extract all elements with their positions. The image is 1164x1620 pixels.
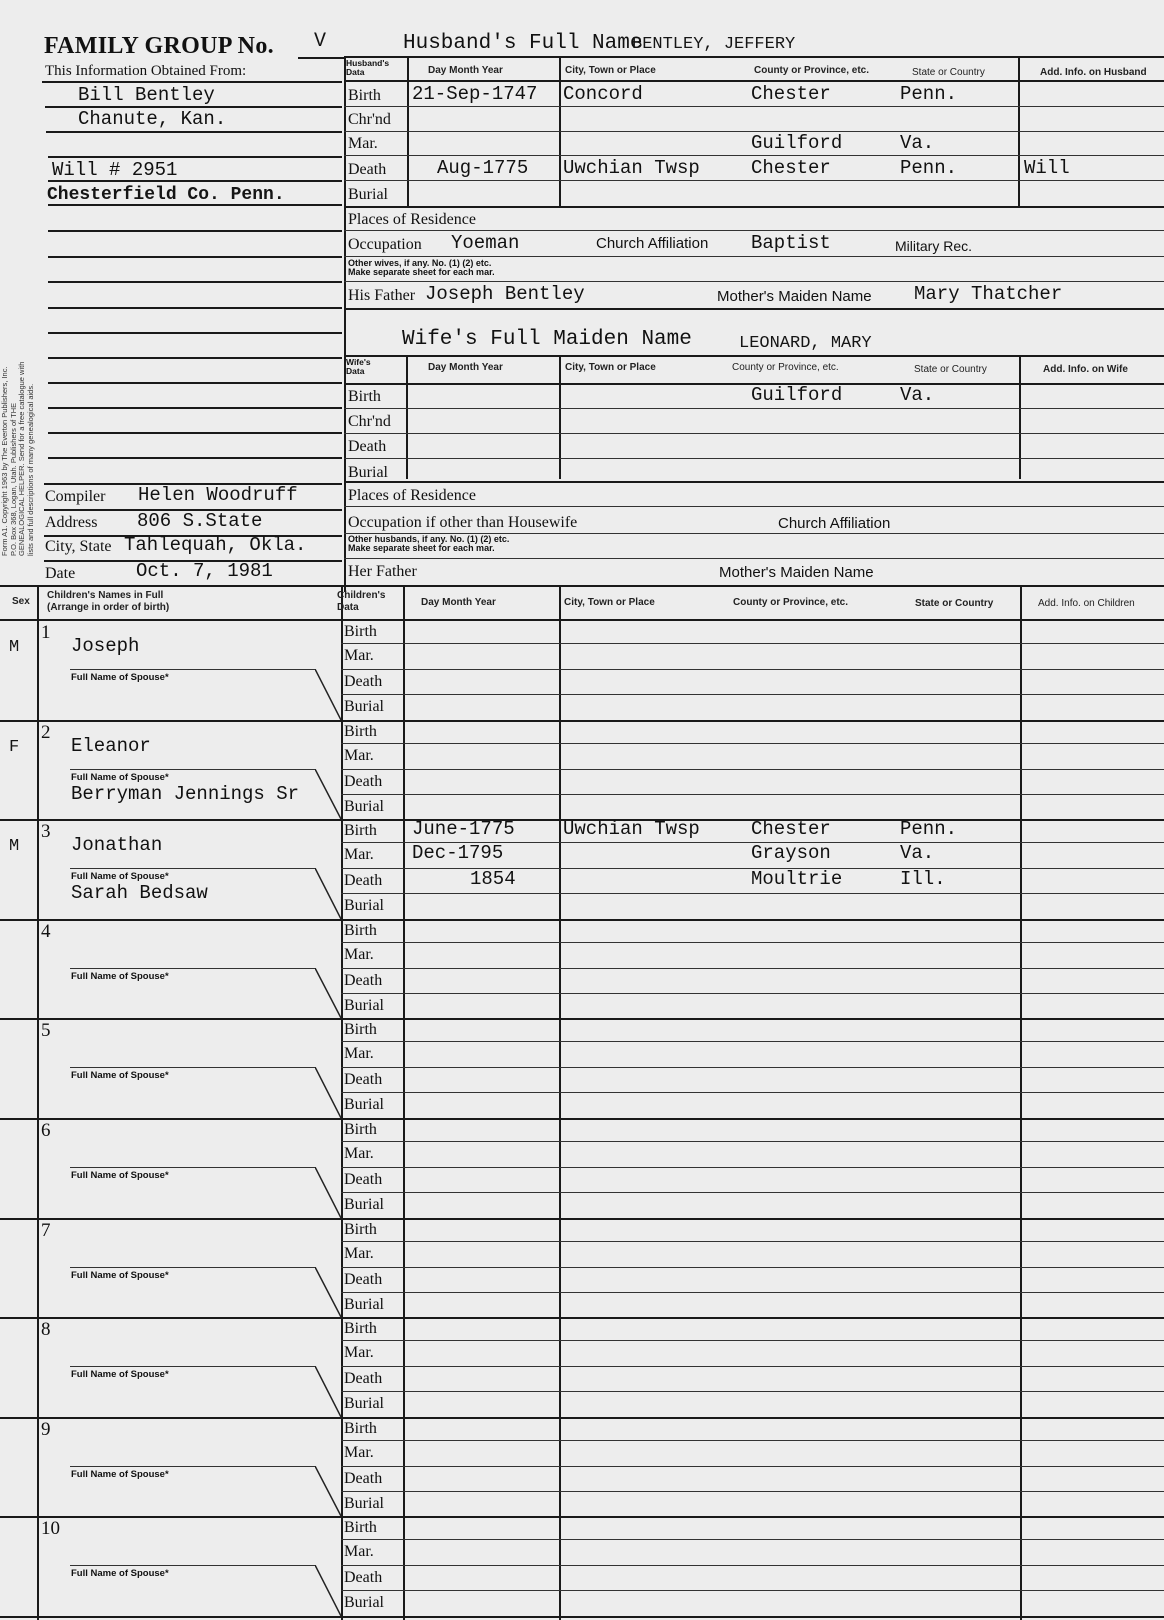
family-group-number: V — [314, 30, 326, 53]
compiler-label: Compiler — [45, 488, 105, 506]
child-name: Joseph — [71, 635, 139, 657]
spouse-name: Sarah Bedsaw — [71, 882, 208, 904]
husband-marriage-label: Mar. — [348, 135, 378, 153]
husband-burial-label: Burial — [348, 186, 388, 204]
spouse-diagonal — [315, 868, 341, 919]
husband-occupation-label: Occupation — [348, 236, 422, 254]
spouse-line — [70, 1466, 315, 1467]
spouse-line — [70, 868, 315, 869]
child-event-label: Mar. — [344, 647, 374, 665]
spouse-diagonal — [315, 1167, 341, 1218]
child-event-label: Mar. — [344, 846, 374, 864]
husband-father: Joseph Bentley — [425, 283, 585, 305]
child-event-label: Burial — [344, 1495, 384, 1513]
child-number: 1 — [41, 622, 51, 644]
child-event-state: Penn. — [900, 818, 957, 840]
child-event-label: Death — [344, 1271, 382, 1289]
child-block-divider — [0, 1417, 1164, 1419]
event-divider — [341, 1092, 1164, 1093]
husband-christened-label: Chr'nd — [348, 111, 391, 129]
children-head-names-1: Children's Names in Full — [47, 590, 163, 601]
husband-birth-state: Penn. — [900, 83, 957, 105]
child-event-label: Mar. — [344, 1145, 374, 1163]
child-event-county: Chester — [751, 818, 831, 840]
event-divider — [341, 1141, 1164, 1142]
husband-church: Baptist — [751, 232, 831, 254]
col-head-add-info-husband: Add. Info. on Husband — [1040, 67, 1147, 78]
source-line-4: Will # 2951 — [52, 159, 177, 181]
wife-full-name: LEONARD, MARY — [739, 334, 872, 353]
child-block-divider — [0, 1118, 1164, 1120]
child-event-label: Mar. — [344, 747, 374, 765]
husband-church-label: Church Affiliation — [596, 235, 708, 252]
child-number: 9 — [41, 1419, 51, 1441]
child-event-label: Mar. — [344, 946, 374, 964]
spouse-diagonal — [315, 1466, 341, 1516]
event-divider — [341, 743, 1164, 744]
spouse-label: Full Name of Spouse* — [71, 871, 169, 882]
husband-death-city: Uwchian Twsp — [563, 157, 700, 179]
husband-death-info: Will — [1024, 157, 1070, 179]
child-event-label: Birth — [344, 822, 377, 840]
spouse-diagonal — [315, 1067, 341, 1118]
event-divider — [341, 942, 1164, 943]
spouse-line — [70, 769, 315, 770]
child-event-label: Death — [344, 1470, 382, 1488]
child-number: 7 — [41, 1220, 51, 1242]
wife-occupation-label: Occupation if other than Housewife — [348, 514, 577, 532]
child-event-label: Burial — [344, 1196, 384, 1214]
children-head-data-1: Children's — [337, 590, 386, 601]
child-event-label: Death — [344, 1071, 382, 1089]
husband-marriage-state: Va. — [900, 132, 934, 154]
event-divider — [341, 769, 1164, 770]
col-head-state: State or Country — [912, 67, 985, 78]
event-divider — [341, 1466, 1164, 1467]
spouse-label: Full Name of Spouse* — [71, 1270, 169, 1281]
husband-mother: Mary Thatcher — [914, 283, 1062, 305]
child-event-county: Moultrie — [751, 868, 842, 890]
spouse-diagonal — [315, 1267, 341, 1317]
wife-birth-label: Birth — [348, 388, 381, 406]
child-block-divider — [0, 1018, 1164, 1020]
source-line-1: Bill Bentley — [78, 84, 215, 106]
child-event-label: Burial — [344, 897, 384, 915]
child-name: Jonathan — [71, 834, 162, 856]
wife-mother-label: Mother's Maiden Name — [719, 564, 874, 581]
spouse-label: Full Name of Spouse* — [71, 971, 169, 982]
spouse-diagonal — [315, 968, 341, 1018]
child-sex: M — [9, 638, 19, 657]
spouse-label: Full Name of Spouse* — [71, 1170, 169, 1181]
col-head-city: City, Town or Place — [565, 65, 656, 76]
event-divider — [341, 794, 1164, 795]
husband-birth-date: 21-Sep-1747 — [412, 83, 537, 105]
child-event-label: Mar. — [344, 1045, 374, 1063]
family-group-label: FAMILY GROUP No. — [44, 33, 274, 60]
child-event-label: Birth — [344, 1519, 377, 1537]
spouse-diagonal — [315, 1565, 341, 1616]
children-head-data-2: Data — [337, 602, 359, 613]
address-label: Address — [45, 514, 97, 532]
event-divider — [341, 1340, 1164, 1341]
col-head-add-info-children: Add. Info. on Children — [1038, 598, 1135, 609]
child-event-label: Burial — [344, 1296, 384, 1314]
child-event-county: Grayson — [751, 842, 831, 864]
spouse-line — [70, 669, 315, 670]
child-number: 2 — [41, 722, 51, 744]
child-event-label: Death — [344, 972, 382, 990]
spouse-label: Full Name of Spouse* — [71, 1568, 169, 1579]
event-divider — [341, 643, 1164, 644]
child-event-label: Birth — [344, 1320, 377, 1338]
child-number: 5 — [41, 1020, 51, 1042]
child-event-label: Death — [344, 872, 382, 890]
spouse-line — [70, 1067, 315, 1068]
spouse-name: Berryman Jennings Sr — [71, 783, 299, 805]
child-event-date: June-1775 — [412, 818, 515, 840]
spouse-label: Full Name of Spouse* — [71, 1070, 169, 1081]
child-event-label: Burial — [344, 997, 384, 1015]
source-label: This Information Obtained From: — [45, 63, 246, 80]
child-sex: F — [9, 738, 19, 757]
spouse-line — [70, 1366, 315, 1367]
child-event-label: Death — [344, 1569, 382, 1587]
spouse-label: Full Name of Spouse* — [71, 672, 169, 683]
copyright-note: Form A1. Copyright 1963 by The Everton P… — [1, 276, 35, 556]
event-divider — [341, 669, 1164, 670]
child-event-label: Mar. — [344, 1245, 374, 1263]
event-divider — [341, 1041, 1164, 1042]
wife-col-head-state: State or Country — [914, 364, 987, 375]
child-event-label: Birth — [344, 922, 377, 940]
child-number: 4 — [41, 921, 51, 943]
husband-death-state: Penn. — [900, 157, 957, 179]
wife-col-head-date: Day Month Year — [428, 362, 503, 373]
spouse-line — [70, 1167, 315, 1168]
wife-christened-label: Chr'nd — [348, 413, 391, 431]
child-event-label: Burial — [344, 698, 384, 716]
event-divider — [341, 1067, 1164, 1068]
child-event-state: Ill. — [900, 868, 946, 890]
husband-military-label: Military Rec. — [895, 238, 972, 254]
event-divider — [341, 1539, 1164, 1540]
husband-residence-label: Places of Residence — [348, 211, 476, 229]
spouse-label: Full Name of Spouse* — [71, 772, 169, 783]
husband-mother-label: Mother's Maiden Name — [717, 288, 872, 305]
event-divider — [341, 1565, 1164, 1566]
spouse-line — [70, 1267, 315, 1268]
children-col-head-county: County or Province, etc. — [733, 597, 848, 608]
husband-death-date: Aug-1775 — [437, 157, 528, 179]
spouse-diagonal — [315, 769, 341, 819]
family-group-number-underline — [298, 57, 346, 59]
child-event-label: Burial — [344, 1395, 384, 1413]
source-line-5: Chesterfield Co. Penn. — [47, 185, 285, 205]
husband-birth-label: Birth — [348, 87, 381, 105]
child-event-state: Va. — [900, 842, 934, 864]
wife-data-label: Wife's Data — [346, 358, 391, 376]
child-event-label: Birth — [344, 1121, 377, 1139]
husband-father-label: His Father — [348, 287, 415, 305]
child-event-date: Dec-1795 — [412, 842, 503, 864]
wife-col-head-county: County or Province, etc. — [732, 362, 839, 373]
child-number: 10 — [41, 1518, 60, 1540]
wife-burial-label: Burial — [348, 464, 388, 482]
husband-birth-city: Concord — [563, 83, 643, 105]
husband-birth-county: Chester — [751, 83, 831, 105]
child-block-divider — [0, 720, 1164, 722]
wife-residence-label: Places of Residence — [348, 487, 476, 505]
child-block-divider — [0, 1317, 1164, 1319]
event-divider — [341, 1267, 1164, 1268]
wife-birth-county: Guilford — [751, 384, 842, 406]
event-divider — [341, 1391, 1164, 1392]
child-event-label: Birth — [344, 1021, 377, 1039]
compiler-date: Oct. 7, 1981 — [136, 560, 273, 582]
event-divider — [341, 968, 1164, 969]
husband-data-label: Husband's Data — [346, 59, 406, 77]
event-divider — [341, 1241, 1164, 1242]
other-husbands-note-2: Make separate sheet for each mar. — [348, 544, 495, 553]
child-event-label: Death — [344, 773, 382, 791]
husband-death-label: Death — [348, 161, 386, 179]
husband-death-county: Chester — [751, 157, 831, 179]
wife-death-label: Death — [348, 438, 386, 456]
event-divider — [341, 1366, 1164, 1367]
children-head-names-2: (Arrange in order of birth) — [47, 602, 169, 613]
col-head-add-info-wife: Add. Info. on Wife — [1043, 364, 1128, 375]
husband-full-name: BENTLEY, JEFFERY — [632, 35, 795, 54]
child-block-divider — [0, 1516, 1164, 1518]
child-event-label: Death — [344, 1370, 382, 1388]
child-event-label: Mar. — [344, 1543, 374, 1561]
child-sex: M — [9, 837, 19, 856]
child-number: 8 — [41, 1319, 51, 1341]
spouse-diagonal — [315, 1366, 341, 1417]
child-event-label: Burial — [344, 1594, 384, 1612]
child-block-divider — [0, 919, 1164, 921]
children-head-sex: Sex — [12, 596, 30, 607]
event-divider — [341, 1590, 1164, 1591]
children-col-head-state: State or Country — [915, 598, 993, 609]
event-divider — [341, 1292, 1164, 1293]
child-event-label: Death — [344, 673, 382, 691]
child-event-label: Birth — [344, 623, 377, 641]
spouse-line — [70, 1565, 315, 1566]
wife-col-head-city: City, Town or Place — [565, 362, 656, 373]
child-event-label: Birth — [344, 1221, 377, 1239]
compiler-city-state: Tahlequah, Okla. — [124, 534, 306, 556]
city-state-label: City, State — [45, 538, 112, 556]
event-divider — [341, 694, 1164, 695]
husband-occupation: Yoeman — [451, 232, 519, 254]
child-block-divider — [0, 1616, 1164, 1618]
wife-birth-state: Va. — [900, 384, 934, 406]
child-event-label: Burial — [344, 798, 384, 816]
wife-father-label: Her Father — [348, 563, 417, 581]
child-event-label: Mar. — [344, 1344, 374, 1362]
spouse-diagonal — [315, 669, 341, 720]
wife-name-label: Wife's Full Maiden Name — [402, 328, 692, 351]
child-number: 6 — [41, 1120, 51, 1142]
child-block-divider — [0, 1218, 1164, 1220]
child-name: Eleanor — [71, 735, 151, 757]
compiler-address: 806 S.State — [137, 510, 262, 532]
event-divider — [341, 893, 1164, 894]
child-event-label: Burial — [344, 1096, 384, 1114]
date-label: Date — [45, 565, 75, 583]
children-col-head-city: City, Town or Place — [564, 597, 655, 608]
other-wives-note-2: Make separate sheet for each mar. — [348, 268, 495, 277]
col-head-date: Day Month Year — [428, 65, 503, 76]
event-divider — [341, 1440, 1164, 1441]
spouse-label: Full Name of Spouse* — [71, 1369, 169, 1380]
spouse-label: Full Name of Spouse* — [71, 1469, 169, 1480]
child-event-date: 1854 — [470, 868, 516, 890]
child-event-label: Death — [344, 1171, 382, 1189]
child-event-label: Birth — [344, 1420, 377, 1438]
children-col-head-date: Day Month Year — [421, 597, 496, 608]
husband-marriage-county: Guilford — [751, 132, 842, 154]
child-event-label: Mar. — [344, 1444, 374, 1462]
event-divider — [341, 1491, 1164, 1492]
event-divider — [341, 1192, 1164, 1193]
source-line-2: Chanute, Kan. — [78, 108, 226, 130]
compiler-name: Helen Woodruff — [138, 484, 298, 506]
spouse-line — [70, 968, 315, 969]
child-event-city: Uwchian Twsp — [563, 818, 700, 840]
child-event-label: Birth — [344, 723, 377, 741]
event-divider — [341, 1167, 1164, 1168]
col-head-county: County or Province, etc. — [754, 65, 869, 76]
event-divider — [341, 993, 1164, 994]
child-number: 3 — [41, 821, 51, 843]
wife-church-label: Church Affiliation — [778, 515, 890, 532]
husband-name-label: Husband's Full Name — [403, 32, 642, 55]
